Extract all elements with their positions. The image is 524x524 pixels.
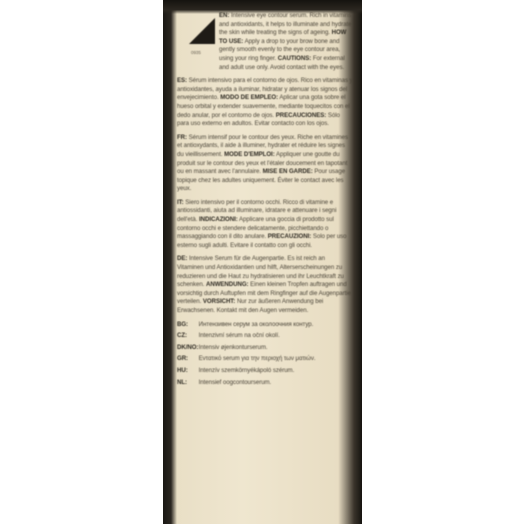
caution-label: PRECAUCIONES: [276, 112, 326, 119]
line-text: Intensief oogcontourserum. [199, 379, 272, 386]
lang-code: BG: [177, 321, 197, 330]
caution-label: MISE EN GARDE: [263, 168, 313, 175]
section-es: ES: Sérum intensivo para el contorno de … [177, 77, 353, 129]
line-text: Intensiv øjenkonturserum. [199, 344, 268, 351]
line-text: Intenzív szemkörnyékápoló szérum. [199, 367, 295, 374]
packaging-photo: 0935 EN: Intensive eye contour serum. Ri… [163, 0, 362, 524]
line-cz: CZ: Intenzivní sérum na oční okolí. [177, 332, 353, 341]
lang-code: CZ: [177, 332, 197, 341]
howto-label: INDICAZIONI: [199, 216, 238, 223]
line-dk-no: DK/NO: Intensiv øjenkonturserum. [177, 344, 353, 353]
triangle-logo-icon [187, 16, 217, 46]
lang-code: IT: [177, 199, 184, 206]
section-de: DE: Intensive Serum für die Augenpartie.… [177, 255, 353, 315]
lang-code: DK/NO: [177, 344, 197, 353]
line-gr: GR: Εντατικό serum για την περιοχή των μ… [177, 355, 353, 364]
lang-code: NL: [177, 379, 197, 388]
caution-label: CAUTIONS: [278, 55, 311, 62]
lang-code: ES: [177, 77, 187, 84]
howto-label: ANWENDUNG: [206, 281, 249, 288]
line-hu: HU: Intenzív szemkörnyékápoló szérum. [177, 367, 353, 376]
line-text: Intenzivní sérum na oční okolí. [199, 332, 280, 339]
lang-code: HU: [177, 367, 197, 376]
caution-label: PRECAUZIONI: [268, 233, 311, 240]
batch-code: 0935 [191, 49, 201, 58]
label-panel: 0935 EN: Intensive eye contour serum. Ri… [177, 12, 353, 524]
caution-label: VORSICHT: [203, 298, 235, 305]
line-nl: NL: Intensief oogcontourserum. [177, 379, 353, 388]
lang-code: GR: [177, 355, 197, 364]
lang-code: EN: [219, 12, 229, 19]
howto-label: MODE D'EMPLOI: [224, 151, 275, 158]
line-text: Εντατικό serum για την περιοχή των ματιώ… [199, 355, 316, 362]
line-bg: BG: Интензивен серум за околоочния конту… [177, 321, 353, 330]
section-it: IT: Siero intensivo per il contorno occh… [177, 199, 353, 251]
lang-code: DE: [177, 255, 187, 262]
howto-label: MODO DE EMPLEO: [220, 94, 278, 101]
lang-code: FR: [177, 134, 187, 141]
section-fr: FR: Sérum intensif pour le contour des y… [177, 134, 353, 194]
line-text: Интензивен серум за околоочния контур. [199, 321, 314, 328]
